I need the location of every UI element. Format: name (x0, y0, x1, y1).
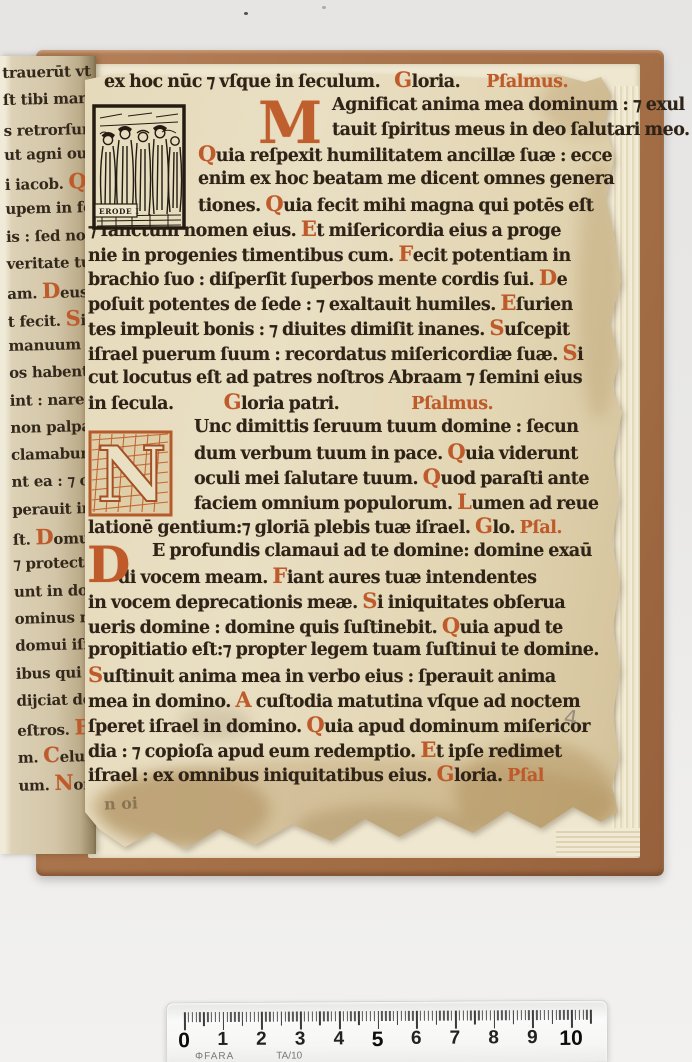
text-line: dia : ⁊ copioſa apud eum redemptio. Et i… (88, 738, 618, 763)
ruler-tick (536, 1010, 537, 1020)
ruler-tick (559, 1010, 560, 1020)
ruler-number: 0 (178, 1029, 190, 1053)
ruler-tick (490, 1010, 491, 1020)
ruler-tick (501, 1010, 502, 1020)
rubric-text: S (88, 662, 103, 687)
ruler-tick (265, 1012, 266, 1022)
ruler-tick (486, 1010, 487, 1020)
rubric-text: D (539, 265, 557, 290)
rubric-text: F (272, 563, 286, 588)
ruler: 012345678910 ΦFARATA/10 (166, 1000, 608, 1062)
ruler-tick (242, 1012, 243, 1026)
text-line: di vocem meam. Fiant aures tuæ intendent… (88, 564, 618, 589)
ruler-tick (424, 1011, 425, 1021)
ink-text: i (577, 345, 583, 365)
ink-text: uia viderunt (465, 444, 578, 464)
ink-text: umen ad reue (471, 494, 598, 514)
ink-text: e (557, 270, 568, 290)
text-line: E profundis clamaui ad te domine: domine… (88, 539, 618, 564)
ink-text: ominus memo (14, 607, 96, 628)
ruler-tick (219, 1012, 220, 1022)
ruler-tick (385, 1011, 386, 1021)
rubric-text: A (235, 687, 251, 712)
ink-text: di vocem meam. (118, 568, 272, 588)
rubric-text: N (54, 769, 73, 794)
ink-text: iſrael puerum ſuum : recordatus miſerico… (88, 345, 562, 365)
ruler-tick (300, 1012, 302, 1030)
ruler-tick (555, 1010, 556, 1020)
ruler-tick (308, 1011, 309, 1021)
ink-text: dia : ⁊ copioſa apud eum redemptio. (88, 742, 420, 762)
ruler-numbers: 012345678910 (167, 1001, 607, 1004)
ink-text: i iacob. (5, 175, 69, 194)
ink-text: tiones. (198, 196, 265, 216)
ink-text: is : ſed nomini t (6, 225, 96, 246)
text-line: iſrael : ex omnibus iniquitatibus eius. … (88, 762, 618, 787)
ruler-brand-row: ΦFARATA/10 (195, 1051, 302, 1062)
ruler-tick (582, 1010, 583, 1020)
ruler-tick (281, 1012, 282, 1026)
ruler-tick (482, 1010, 483, 1020)
text-line: cut locutus eſt ad patres noſtros Abraam… (88, 366, 618, 391)
ruler-tick (517, 1010, 518, 1020)
ruler-number: 9 (527, 1027, 538, 1049)
ruler-tick (211, 1012, 212, 1022)
text-line: veritate tua ne (6, 248, 96, 278)
ink-text: poſuit potentes de ſede : ⁊ exaltauit hu… (88, 295, 500, 315)
ink-text: perauit in dom (12, 498, 96, 519)
ink-text: propitiatio eſt:⁊ propter legem tuam ſuſ… (88, 640, 599, 660)
ruler-tick (381, 1011, 382, 1021)
rubric-text: D (35, 524, 53, 549)
ink-text: m. (18, 749, 44, 768)
ruler-tick (575, 1010, 576, 1020)
gutter-previous-page: trauerūt vt ariſt tibi mare quods retror… (0, 56, 96, 854)
ruler-tick (428, 1011, 429, 1021)
ink-text: domui iſrael be (15, 634, 96, 655)
rubric-text: G (437, 761, 454, 786)
ink-text: brachio ſuo : diſperſit ſuperbos mente c… (88, 270, 539, 290)
text-line: s retrorſum. Q (3, 112, 96, 142)
text-line: upem in fontes (5, 194, 96, 224)
ruler-tick (370, 1011, 371, 1021)
text-line: ut agni ouium. (4, 139, 96, 169)
rubric-text: Pſal (507, 766, 544, 786)
rubric-text: G (394, 67, 411, 92)
signature-mark: n oi (104, 793, 139, 813)
text-line: mea in domino. A cuſtodia matutina vſque… (88, 688, 618, 713)
ruler-ticks (167, 1010, 607, 1033)
ruler-tick (404, 1011, 405, 1021)
rubric-text: D (42, 278, 60, 303)
rubric-text: Q (306, 712, 324, 737)
initial-n-block: N (88, 430, 173, 517)
ink-text: Unc dimittis ſeruum tuum domine : ſecun (194, 417, 578, 437)
dust-speck (244, 12, 248, 15)
text-line: nt ea : ⁊ omnes (11, 467, 96, 497)
ruler-tick (358, 1011, 359, 1025)
ink-text: nie in progenies timentibus cum. (88, 246, 398, 266)
initial-d-deprofundis: D (87, 539, 130, 591)
rubric-text: Pſal. (520, 518, 562, 538)
rubric-text: S (362, 588, 377, 613)
photo-of-early-printed-book: { "colors":{"rubric":"#bf5a2b","ink":"#2… (0, 0, 692, 1062)
rubric-text: Pſalmus. (411, 394, 493, 414)
ruler-tick (447, 1011, 448, 1021)
text-line: ſt. Domus Aa (13, 521, 96, 551)
ruler-number: 2 (256, 1029, 267, 1051)
ink-text: t ipſe redimet (436, 742, 562, 762)
ink-text: ecit potentiam in (413, 246, 571, 266)
ink-text: non palpabunt (10, 416, 96, 437)
ruler-tick (443, 1011, 444, 1021)
rubric-text: E (500, 290, 516, 315)
ink-text: iſrael : ex omnibus iniquitatibus eius. (88, 766, 437, 786)
ruler-number: 4 (333, 1028, 344, 1050)
rubric-text: S (65, 305, 80, 330)
rubric-text: Pſalmus. (486, 72, 568, 92)
ruler-tick (195, 1012, 196, 1022)
ink-text: t fecit. (8, 311, 66, 330)
ruler-tick (257, 1012, 258, 1022)
text-line: nie in progenies timentibus cum. Fecit p… (88, 242, 618, 267)
ruler-tick (354, 1011, 355, 1021)
ruler-tick (312, 1011, 313, 1021)
rubric-text: S (562, 340, 577, 365)
ruler-tick (590, 1010, 591, 1024)
rubric-text: F (398, 241, 412, 266)
ruler-tick (524, 1010, 525, 1020)
ruler-tick (215, 1012, 216, 1022)
woodcut-svg: ERODE I (92, 104, 186, 230)
text-line: os habent : ⁊ no (9, 357, 96, 387)
ink-text: veritate tua ne (6, 252, 96, 273)
text-line: ſperet iſrael in domino. Quia apud domin… (88, 713, 618, 738)
ink-text: cut locutus eſt ad patres noſtros Abraam… (88, 368, 582, 388)
rubric-text: Q (198, 141, 216, 166)
ruler-tick (393, 1011, 394, 1021)
ruler-number: 7 (450, 1028, 461, 1050)
ruler-tick (246, 1012, 247, 1022)
ruler-number: 5 (372, 1028, 384, 1052)
ruler-tick (288, 1012, 289, 1022)
rubric-text: Q (68, 168, 87, 193)
ink-text: ueris domine : domine quis ſuſtinebit. (88, 618, 442, 638)
ruler-number: 8 (488, 1027, 499, 1049)
text-line: brachio ſuo : diſperſit ſuperbos mente c… (88, 266, 618, 291)
text-line: unt in domino: (14, 576, 96, 606)
ruler-tick (238, 1012, 239, 1022)
stain (295, 805, 475, 851)
ruler-tick (199, 1012, 200, 1022)
ink-text: enim ex hoc beatam me dicent omnes gener… (198, 169, 614, 189)
ruler-tick (401, 1011, 402, 1021)
ruler-brand-logo: Φ (195, 1051, 204, 1062)
ruler-tick (432, 1011, 433, 1021)
ruler-tick (513, 1010, 514, 1024)
ruler-tick (292, 1012, 293, 1022)
ink-text: ⁊ protector eor (13, 553, 96, 574)
text-line: am. Deus aut (7, 276, 96, 306)
text-line: ominus memo (14, 603, 96, 633)
ink-text: uſtinuit anima mea in verbo eius : ſpera… (103, 667, 556, 687)
ruler-tick (335, 1011, 336, 1021)
text-line: lationē gentium:⁊ gloriā plebis tuæ iſra… (88, 514, 618, 539)
ink-text: os habent : ⁊ no (9, 361, 96, 382)
initial-n-letter: N (97, 430, 166, 517)
ink-text: i iniquitates obſerua (377, 593, 565, 613)
ruler-tick (548, 1010, 549, 1020)
ruler-tick (203, 1012, 204, 1026)
ink-text: ſt tibi mare quod (3, 88, 96, 109)
ink-text: faciem omnium populorum. (194, 494, 457, 514)
ink-text: nt ea : ⁊ omnes (11, 471, 96, 492)
gutter-text-fragments: trauerūt vt ariſt tibi mare quods retror… (2, 57, 96, 797)
ink-text: ſperet iſrael in domino. (88, 717, 306, 737)
ruler-tick (571, 1010, 573, 1028)
text-line: iſrael puerum ſuum : recordatus miſerico… (88, 341, 618, 366)
ink-text: um. (18, 776, 54, 795)
ink-text: tauit ſpiritus meus in deo ſalutari meo. (332, 120, 690, 140)
rubric-text: C (43, 742, 60, 767)
text-line: poſuit potentes de ſede : ⁊ exaltauit hu… (88, 291, 618, 316)
woodcut-illustration: ERODE I (92, 104, 186, 230)
ink-text: loria patri. (241, 394, 339, 414)
text-line: propitiatio eſt:⁊ propter legem tuam ſuſ… (88, 638, 618, 663)
text-line: tes impleuit bonis : ⁊ diuites dimiſit i… (88, 316, 618, 341)
ink-text: oculi mei ſalutare tuum. (194, 469, 423, 489)
text-line: int : nares habe (9, 385, 96, 415)
rubric-text: Q (423, 464, 441, 489)
ruler-tick (250, 1012, 251, 1022)
ruler-tick (505, 1010, 506, 1020)
ruler-tick (230, 1012, 231, 1022)
ruler-tick (567, 1010, 568, 1020)
ruler-tick (540, 1010, 541, 1020)
ruler-tick (315, 1011, 316, 1021)
ruler-tick (478, 1010, 479, 1020)
ink-text: uod paraſti ante (440, 469, 589, 489)
ruler-tick (296, 1012, 297, 1022)
ruler-tick (188, 1012, 189, 1022)
ruler-tick (192, 1012, 193, 1022)
rubric-text: S (489, 315, 504, 340)
ruler-tick (223, 1012, 225, 1030)
initial-n-svg: N (88, 430, 173, 517)
ink-text: E profundis clamaui ad te domine: domine… (152, 541, 592, 561)
ruler-tick (207, 1012, 208, 1022)
ink-text: loria. (412, 72, 461, 92)
ink-text: uia apud dominum miſericor (324, 717, 590, 737)
text-line: in ſecula.Gloria patri.Pſalmus. (88, 390, 618, 415)
ruler-tick (563, 1010, 564, 1020)
rubric-text: Q (265, 191, 283, 216)
ruler-tick (408, 1011, 409, 1021)
ruler-tick (412, 1011, 413, 1021)
ruler-tick (319, 1011, 320, 1025)
ruler-tick (373, 1011, 374, 1021)
ruler-tick (350, 1011, 351, 1021)
ruler-tick (362, 1011, 363, 1021)
text-line: manuum homi (8, 330, 96, 360)
ink-text: manuum homi (8, 334, 96, 355)
ruler-tick (184, 1012, 186, 1030)
ruler-tick (420, 1011, 421, 1021)
ink-text: iant aures tuæ intendentes (287, 568, 537, 588)
ink-text: ut agni ouium. (4, 143, 96, 164)
woodcut-caption: ERODE I (99, 207, 140, 216)
ruler-tick (416, 1011, 418, 1029)
ink-text: upem in fontes (5, 198, 96, 219)
ruler-model-code: TA/10 (276, 1051, 302, 1062)
text-line: ſt tibi mare quod (3, 85, 96, 115)
ruler-brand: FARA (204, 1051, 234, 1062)
ruler-tick (586, 1010, 587, 1020)
ink-text: mea in domino. (88, 692, 235, 712)
ink-text: int : nares habe (10, 389, 96, 410)
text-line: in vocem deprecationis meæ. Si iniquitat… (88, 589, 618, 614)
ruler-tick (532, 1010, 534, 1028)
ruler-tick (234, 1012, 235, 1022)
ruler-tick (331, 1011, 332, 1021)
ruler-tick (493, 1010, 495, 1028)
ruler-tick (343, 1011, 344, 1021)
ink-text: uia apud te (460, 618, 563, 638)
ruler-tick (273, 1012, 274, 1022)
ruler-tick (277, 1012, 278, 1022)
ruler-tick (439, 1011, 440, 1021)
ink-text: eſtros. (17, 721, 75, 740)
ink-text: am. (7, 285, 42, 304)
ruler-tick (451, 1011, 452, 1021)
ruler-tick (552, 1010, 553, 1024)
text-line: Suſtinuit anima mea in verbo eius : ſper… (88, 663, 618, 688)
rubric-text: L (457, 489, 471, 514)
ink-text: s retrorſum. (3, 119, 96, 139)
text-line: t fecit. Simula (8, 303, 96, 333)
ink-text: loria. (454, 766, 507, 786)
text-line: i iacob. Qui co (4, 166, 96, 196)
text-line: ueris domine : domine quis ſuſtinebit. Q… (88, 614, 618, 639)
ruler-tick (323, 1011, 324, 1021)
ruler-number: 3 (295, 1028, 306, 1050)
rubric-text: Q (442, 613, 460, 638)
ruler-tick (544, 1010, 545, 1020)
ruler-tick (397, 1011, 398, 1025)
text-line: ibus qui timen (16, 658, 96, 688)
ink-text: tes impleuit bonis : ⁊ diuites dimiſit i… (88, 320, 489, 340)
ink-text: dum verbum tuum in pace. (194, 444, 447, 464)
ruler-tick (339, 1011, 341, 1029)
ink-text: lo. (492, 518, 519, 538)
ruler-tick (509, 1010, 510, 1020)
ruler-tick (455, 1011, 457, 1029)
ink-text: unt in domino: (14, 580, 96, 601)
ink-text: uſcepit (504, 320, 570, 340)
ruler-tick (521, 1010, 522, 1020)
ink-text: t miſericordia eius a proge (316, 221, 561, 241)
ink-text: ſurien (516, 295, 573, 315)
ruler-tick (474, 1010, 475, 1024)
ink-text: in ſecula. (88, 394, 174, 414)
ink-text: ibus qui timen (16, 662, 96, 683)
ruler-tick (284, 1012, 285, 1022)
ink-text: ex hoc nūc ⁊ vſque in ſeculum. (104, 72, 380, 92)
ink-text: in vocem deprecationis meæ. (88, 593, 362, 613)
initial-m-magnificat: M (258, 94, 322, 152)
text-line: ex hoc nūc ⁊ vſque in ſeculum.Gloria.Pſa… (88, 68, 618, 93)
ruler-tick (459, 1011, 460, 1021)
ink-text: uia fecit mihi magna qui potēs eſt (283, 196, 593, 216)
rubric-text: G (475, 513, 492, 538)
ruler-tick (470, 1010, 471, 1020)
ruler-tick (462, 1011, 463, 1021)
ruler-tick (466, 1011, 467, 1021)
ruler-tick (261, 1012, 263, 1030)
ink-text: Agnificat anima mea dominum : ⁊ exul (332, 95, 685, 115)
text-line: ⁊ protector eor (13, 548, 96, 578)
ink-text: cuſtodia matutina vſque ad noctem (251, 692, 580, 712)
ink-text: ſt. (13, 530, 36, 549)
ruler-tick (579, 1010, 580, 1020)
ruler-number: 10 (559, 1027, 583, 1051)
ink-text: lationē gentium:⁊ gloriā plebis tuæ iſra… (88, 518, 475, 538)
ruler-tick (389, 1011, 390, 1021)
text-line: trauerūt vt ari (2, 57, 96, 87)
ruler-tick (497, 1010, 498, 1020)
text-line: domui iſrael be (15, 630, 96, 660)
ruler-tick (435, 1011, 436, 1025)
ruler-number: 1 (217, 1029, 228, 1051)
text-line: non palpabunt (10, 412, 96, 442)
rubric-text: G (224, 389, 241, 414)
text-line: perauit in dom (12, 494, 96, 524)
rubric-text: Q (447, 439, 465, 464)
rubric-text: E (301, 216, 317, 241)
rubric-text: E (420, 737, 436, 762)
ink-text: trauerūt vt ari (2, 61, 96, 82)
ruler-tick (226, 1012, 227, 1022)
ruler-number: 6 (411, 1028, 422, 1050)
text-line: is : ſed nomini t (6, 221, 96, 251)
ruler-tick (366, 1011, 367, 1021)
ruler-tick (528, 1010, 529, 1020)
ruler-tick (346, 1011, 347, 1021)
ruler-tick (327, 1011, 328, 1021)
ruler-tick (377, 1011, 379, 1029)
ruler-tick (269, 1012, 270, 1022)
ruler-tick (254, 1012, 255, 1022)
ruler-tick (304, 1011, 305, 1021)
ink-text: clamabunt in gu (11, 443, 96, 464)
dust-speck (322, 6, 326, 9)
text-line: clamabunt in gu (11, 439, 96, 469)
